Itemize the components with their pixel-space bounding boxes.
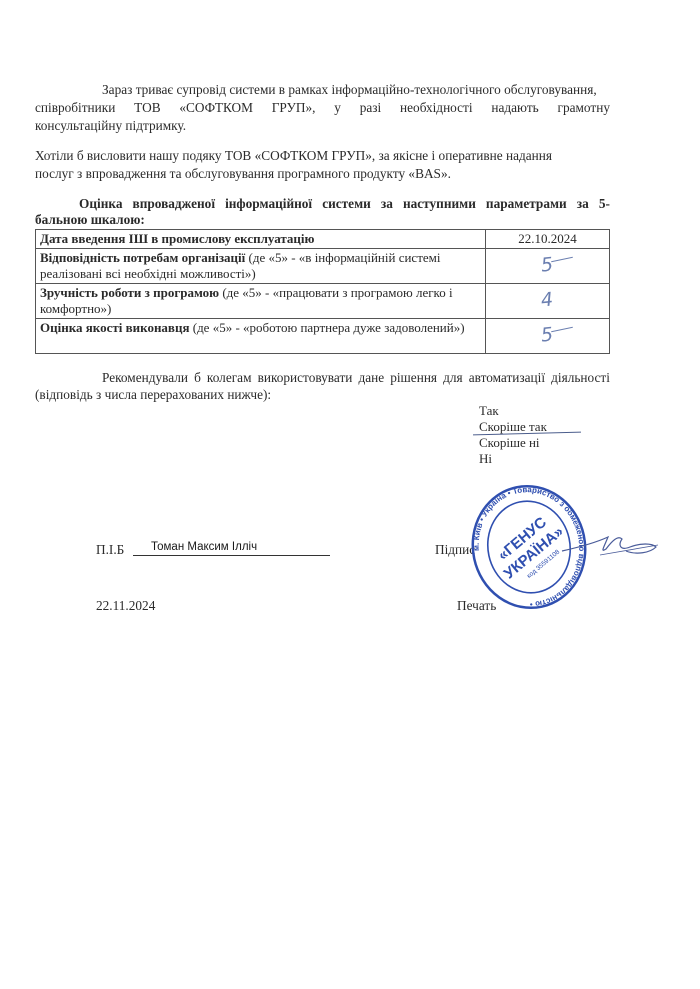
paragraph-1-line-1: Зараз триває супровід системи в рамках і…: [102, 82, 597, 98]
criterion-cell: Оцінка якості виконавця (де «5» - «робот…: [36, 319, 486, 354]
word: б: [194, 370, 201, 386]
word: автоматизації: [469, 370, 545, 386]
signature-scribble-icon: [560, 525, 660, 565]
word: колегам: [207, 370, 252, 386]
word: співробітники: [35, 100, 115, 116]
word: діяльності: [551, 370, 610, 386]
date-cell: 22.10.2024: [486, 230, 610, 249]
criterion-title: Дата введення ІШ в промислову експлуатац…: [40, 231, 314, 246]
word: «СОФТКОМ: [179, 100, 253, 116]
criterion-cell: Зручність роботи з програмою (де «5» - «…: [36, 284, 486, 319]
word: грамотну: [558, 100, 610, 116]
word: системи: [322, 196, 371, 212]
word: у: [334, 100, 341, 116]
word: необхідності: [400, 100, 473, 116]
table-row: Дата введення ІШ в промислову експлуатац…: [36, 230, 610, 249]
criterion-title: Відповідність потребам організації: [40, 250, 245, 265]
paragraph-2-line-1: Хотіли б висловити нашу подяку ТОВ «СОФТ…: [35, 148, 552, 164]
paragraph-1-line-3: консультаційну підтримку.: [35, 118, 186, 134]
fio-label: П.І.Б: [96, 542, 124, 558]
handwritten-score: 4: [541, 291, 555, 308]
recommendation-line-1: Рекомендувалибколегамвикористовуватидане…: [102, 370, 610, 386]
table-row: Оцінка якості виконавця (де «5» - «робот…: [36, 319, 610, 354]
score-cell: 4: [486, 284, 610, 319]
paragraph-1-line-2: співробітникиТОВ«СОФТКОМГРУП»,уразінеобх…: [35, 100, 610, 116]
option-no[interactable]: Ні: [479, 451, 547, 467]
word: для: [443, 370, 463, 386]
word: за: [577, 196, 589, 212]
criterion-cell: Дата введення ІШ в промислову експлуатац…: [36, 230, 486, 249]
word: наступними: [403, 196, 476, 212]
option-rather-no[interactable]: Скоріше ні: [479, 435, 547, 451]
paragraph-2-line-2: послуг з впровадження та обслуговування …: [35, 166, 451, 182]
criterion-description: (де «5» - «роботою партнера дуже задовол…: [189, 320, 464, 335]
recommendation-options: Так Скоріше так Скоріше ні Ні: [479, 403, 547, 467]
word: дане: [358, 370, 384, 386]
option-yes[interactable]: Так: [479, 403, 547, 419]
score-cell: 5: [486, 319, 610, 354]
word: Рекомендували: [102, 370, 188, 386]
evaluation-heading-line-2: бальною шкалою:: [35, 212, 145, 228]
word: надають: [491, 100, 538, 116]
handwritten-score: 5: [541, 326, 555, 343]
recommendation-line-2: (відповідь з числа перерахованих нижче):: [35, 387, 271, 403]
word: ГРУП»,: [272, 100, 316, 116]
handwritten-score: 5: [541, 256, 555, 273]
criterion-cell: Відповідність потребам організації (де «…: [36, 249, 486, 284]
table-row: Зручність роботи з програмою (де «5» - «…: [36, 284, 610, 319]
word: Оцінка: [79, 196, 122, 212]
word: ТОВ: [134, 100, 160, 116]
table-row: Відповідність потребам організації (де «…: [36, 249, 610, 284]
criterion-title: Оцінка якості виконавця: [40, 320, 189, 335]
word: впровадженої: [133, 196, 215, 212]
criterion-title: Зручність роботи з програмою: [40, 285, 219, 300]
word: за: [381, 196, 393, 212]
evaluation-heading-line-1: Оцінкавпровадженоїінформаційноїсистемиза…: [79, 196, 610, 212]
word: разі: [360, 100, 382, 116]
fio-value: Томан Максим Ілліч: [151, 541, 257, 553]
word: інформаційної: [225, 196, 312, 212]
word: використовувати: [258, 370, 353, 386]
score-cell: 5: [486, 249, 610, 284]
word: рішення: [390, 370, 437, 386]
signed-date: 22.11.2024: [96, 598, 155, 614]
evaluation-table: Дата введення ІШ в промислову експлуатац…: [35, 229, 610, 354]
fio-underline: [133, 555, 330, 556]
word: 5-: [599, 196, 610, 212]
word: параметрами: [486, 196, 567, 212]
